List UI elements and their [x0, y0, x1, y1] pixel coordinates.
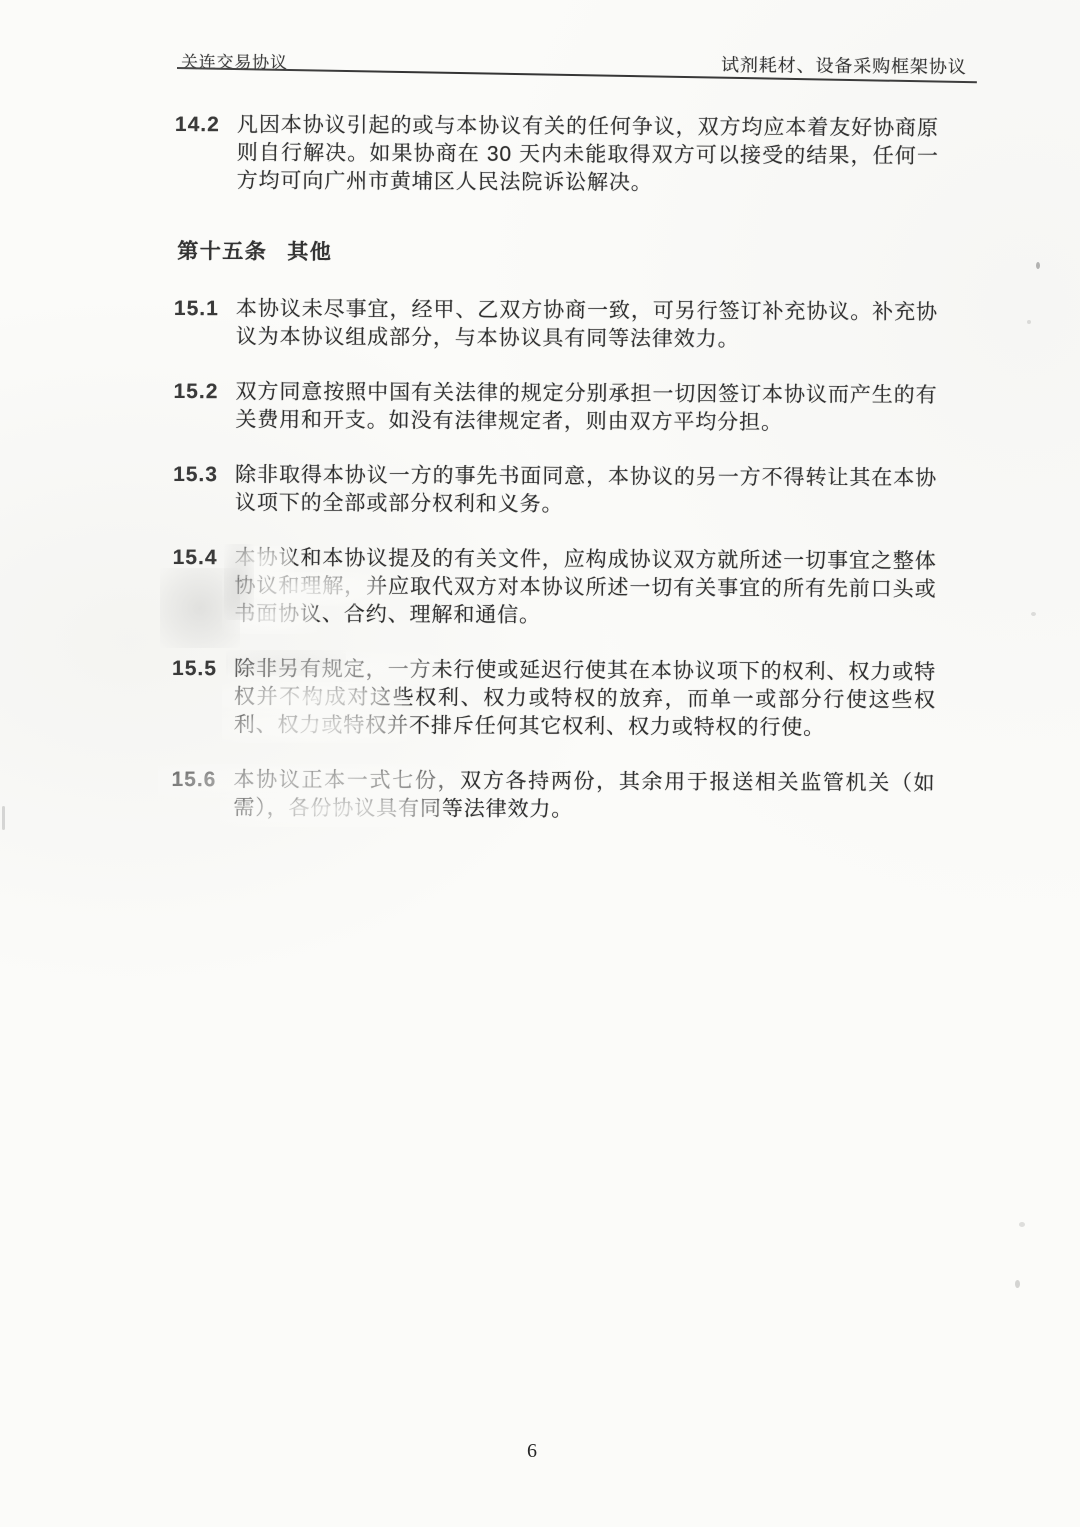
clause-15-3: 15.3 除非取得本协议一方的事先书面同意，本协议的另一方不得转让其在本协议项下… — [173, 461, 939, 521]
scan-speck — [1027, 320, 1031, 324]
clause-text: 双方同意按照中国有关法律的规定分别承担一切因签订本协议而产生的有关费用和开支。如… — [235, 378, 937, 438]
clause-number: 15.3 — [173, 461, 235, 517]
scan-speck — [2, 806, 5, 830]
clause-text: 除非取得本协议一方的事先书面同意，本协议的另一方不得转让其在本协议项下的全部或部… — [235, 461, 937, 521]
clause-15-6: 15.6 本协议正本一式七份，双方各持两份，其余用于报送相关监管机关（如需），各… — [171, 766, 937, 826]
clause-number: 15.6 — [171, 766, 233, 822]
clause-15-1: 15.1 本协议未尽事宜，经甲、乙双方协商一致，可另行签订补充协议。补充协议为本… — [174, 295, 940, 355]
scan-speck — [1031, 612, 1036, 616]
scan-speck — [1019, 1222, 1025, 1227]
clause-text: 本协议和本协议提及的有关文件，应构成协议双方就所述一切事宜之整体协议和理解，并应… — [234, 544, 936, 632]
clause-number: 15.4 — [172, 544, 234, 628]
clause-number: 14.2 — [175, 111, 237, 195]
clause-text: 凡因本协议引起的或与本协议有关的任何争议，双方均应本着友好协商原则自行解决。如果… — [237, 111, 939, 199]
clause-text: 本协议正本一式七份，双方各持两份，其余用于报送相关监管机关（如需），各份协议具有… — [233, 766, 935, 826]
section-number: 第十五条 — [177, 240, 267, 263]
clause-text: 除非另有规定，一方未行使或延迟行使其在本协议项下的权利、权力或特权并不构成对这些… — [234, 655, 936, 743]
clause-15-2: 15.2 双方同意按照中国有关法律的规定分别承担一切因签订本协议而产生的有关费用… — [173, 378, 939, 438]
clause-15-5: 15.5 除非另有规定，一方未行使或延迟行使其在本协议项下的权利、权力或特权并不… — [172, 655, 938, 743]
clause-number: 15.5 — [172, 655, 234, 739]
clause-15-4: 15.4 本协议和本协议提及的有关文件，应构成协议双方就所述一切事宜之整体协议和… — [172, 544, 938, 632]
clause-number: 15.2 — [173, 378, 235, 434]
section-title: 其他 — [287, 241, 332, 264]
clause-number: 15.1 — [174, 295, 236, 351]
scanned-document-page: 关连交易协议 试剂耗材、设备采购框架协议 14.2 凡因本协议引起的或与本协议有… — [0, 0, 1080, 1527]
header-right-title: 试剂耗材、设备采购框架协议 — [721, 51, 967, 79]
clause-text: 本协议未尽事宜，经甲、乙双方协商一致，可另行签订补充协议。补充协议为本协议组成部… — [236, 295, 938, 355]
scan-speck — [1036, 262, 1040, 269]
clause-14-2: 14.2 凡因本协议引起的或与本协议有关的任何争议，双方均应本着友好协商原则自行… — [175, 111, 941, 199]
section-heading-article-15: 第十五条其他 — [177, 235, 940, 269]
scan-speck — [1015, 1280, 1020, 1288]
document-body: 14.2 凡因本协议引起的或与本协议有关的任何争议，双方均应本着友好协商原则自行… — [171, 111, 941, 853]
page-number: 6 — [527, 1440, 537, 1463]
